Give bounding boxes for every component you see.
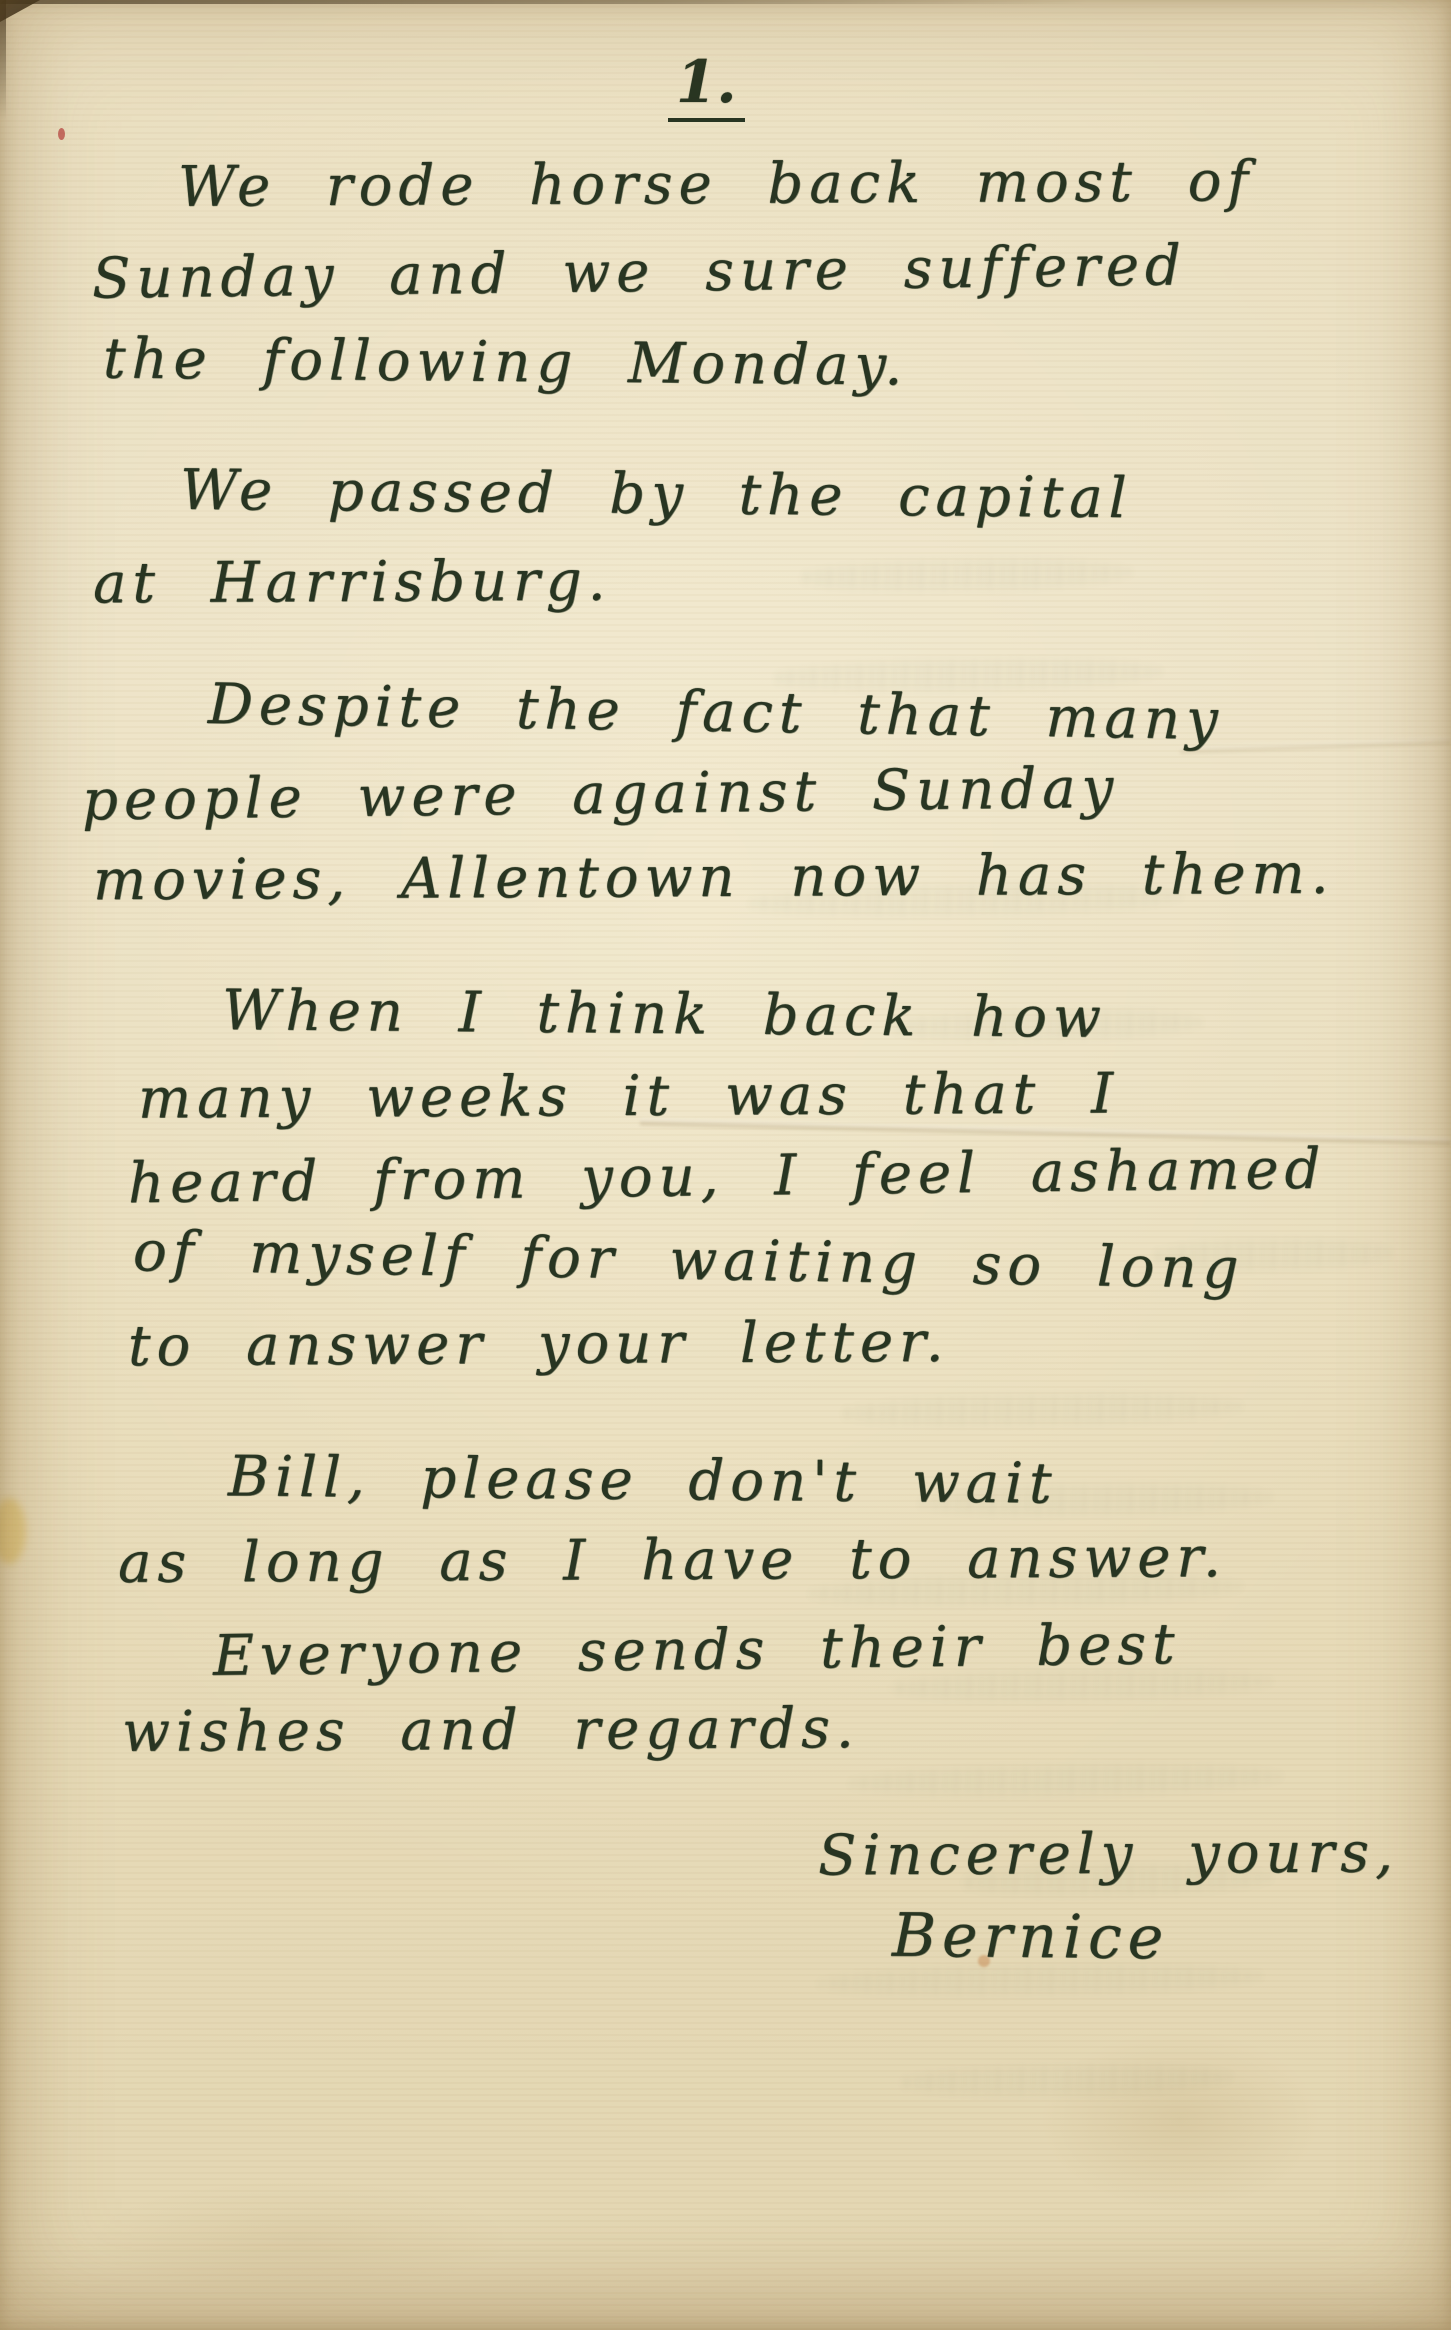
handwritten-line: movies, Allentown now has them. (93, 842, 1335, 913)
handwritten-line: wishes and regards. (122, 1696, 860, 1765)
ink-bleedthrough (850, 1761, 1280, 1799)
paper-stain (90, 2180, 510, 2300)
handwritten-line: We rode horse back most of (178, 149, 1254, 220)
handwritten-line: the following Monday. (103, 326, 909, 398)
handwritten-line: people were against Sunday (82, 756, 1120, 834)
paper-stain (0, 1498, 26, 1564)
handwritten-line: Bill, please don't wait (228, 1444, 1058, 1516)
scan-edge-shadow (0, 0, 1451, 4)
valediction: Sincerely yours, (818, 1820, 1399, 1888)
paper-stain (1040, 2030, 1320, 2210)
ink-bleedthrough (840, 1392, 1240, 1429)
handwritten-line: to answer your letter. (128, 1310, 950, 1379)
handwritten-line: We passed by the capital (180, 458, 1133, 531)
signature: Bernice (892, 1901, 1170, 1973)
corner-shadow (0, 0, 40, 22)
handwritten-line: Everyone sends their best (213, 1612, 1181, 1689)
handwritten-line: as long as I have to answer. (118, 1525, 1227, 1596)
paper-stain (58, 128, 65, 140)
handwritten-line: heard from you, I feel ashamed (128, 1137, 1327, 1217)
ink-bleedthrough (900, 2062, 1230, 2098)
handwritten-line: of myself for waiting so long (133, 1219, 1245, 1301)
ink-bleedthrough (800, 557, 1130, 593)
handwritten-line: Despite the fact that many (208, 672, 1225, 753)
handwritten-line: Sunday and we sure suffered (92, 233, 1188, 311)
handwritten-line: at Harrisburg. (93, 549, 612, 617)
handwritten-line: When I think back how (222, 978, 1107, 1051)
page-number: 1. (668, 48, 745, 122)
scanned-letter-page: 1. We rode horse back most of Sunday and… (0, 0, 1451, 2330)
handwritten-line: many weeks it was that I (138, 1061, 1119, 1131)
